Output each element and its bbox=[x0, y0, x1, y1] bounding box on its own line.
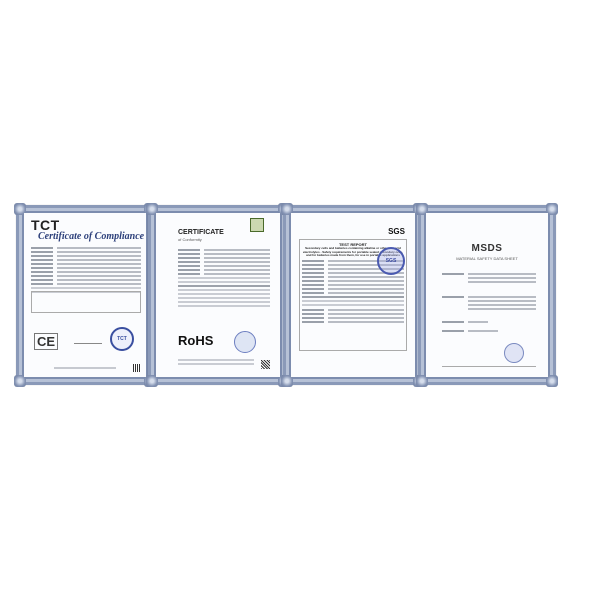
certificate-subtitle: MATERIAL SAFETY DATA SHEET bbox=[426, 256, 548, 261]
qr-code-icon bbox=[261, 360, 270, 369]
sgs-logo: SGS bbox=[388, 227, 405, 236]
stamp-icon bbox=[234, 331, 256, 353]
ce-mark-icon: CE bbox=[34, 333, 58, 350]
stamp-icon bbox=[504, 343, 524, 363]
certificate-details bbox=[178, 247, 270, 309]
msds-certificate: MSDS MATERIAL SAFETY DATA SHEET bbox=[418, 205, 556, 385]
qr-code-icon bbox=[133, 364, 141, 372]
signature bbox=[74, 333, 102, 344]
issuer-logo-icon bbox=[250, 218, 264, 232]
certificate-title: CERTIFICATE bbox=[178, 229, 224, 236]
certificate-subtitle: of Conformity bbox=[178, 237, 202, 242]
certificate-paper: TCT Certificate of Compliance CE TCT bbox=[24, 213, 146, 377]
sgs-test-report: SGS TEST REPORT Secondary cells and batt… bbox=[283, 205, 423, 385]
rohs-certificate: CERTIFICATE of Conformity RoHS bbox=[148, 205, 288, 385]
standards-table bbox=[31, 291, 141, 313]
certificate-title: MSDS bbox=[426, 243, 548, 254]
footer-text bbox=[178, 357, 254, 367]
msds-details bbox=[442, 271, 536, 333]
certificate-paper: SGS TEST REPORT Secondary cells and batt… bbox=[291, 213, 415, 377]
certificate-title: Certificate of Compliance bbox=[38, 231, 144, 242]
footer-line bbox=[442, 366, 536, 367]
tct-seal-icon: TCT bbox=[110, 327, 134, 351]
tct-certificate: TCT Certificate of Compliance CE TCT bbox=[16, 205, 154, 385]
certificate-paper: MSDS MATERIAL SAFETY DATA SHEET bbox=[426, 213, 548, 377]
rohs-mark: RoHS bbox=[178, 333, 213, 348]
footer-line bbox=[54, 367, 116, 369]
certificate-paper: CERTIFICATE of Conformity RoHS bbox=[156, 213, 280, 377]
sgs-seal-icon: SGS bbox=[377, 247, 405, 275]
certificate-details bbox=[31, 245, 141, 295]
